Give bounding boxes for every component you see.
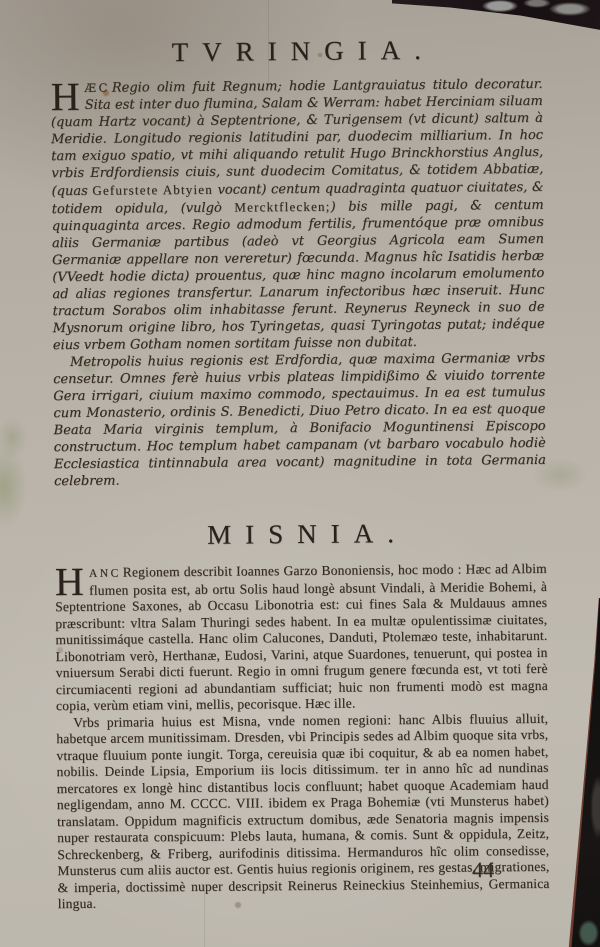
- paragraph-text: Regio olim fuit Regnum; hodie Lantgrauia…: [51, 77, 545, 353]
- section-title-misnia: MISNIA.: [54, 517, 546, 552]
- paragraph: Metropolis huius regionis est Erdfordia,…: [53, 350, 546, 490]
- book-page-paper: TVRINGIA. HÆCRegio olim fuit Regnum; hod…: [0, 0, 600, 947]
- printed-text-block: TVRINGIA. HÆCRegio olim fuit Regnum; hod…: [50, 34, 550, 913]
- lead-caps: ÆC: [84, 81, 111, 95]
- page-number: 44: [472, 857, 494, 883]
- paragraph: HÆCRegio olim fuit Regnum; hodie Lantgra…: [51, 76, 545, 354]
- lead-caps: ANC: [89, 568, 123, 580]
- paragraph: HANCRegionem describit Ioannes Garzo Bon…: [55, 561, 548, 715]
- section-misnia: MISNIA. HANCRegionem describit Ioannes G…: [54, 517, 549, 913]
- section-turingia: TVRINGIA. HÆCRegio olim fuit Regnum; hod…: [50, 34, 546, 490]
- drop-cap: H: [55, 565, 89, 597]
- drop-cap: H: [51, 80, 85, 112]
- paragraph-text: Regionem describit Ioannes Garzo Bononie…: [55, 561, 548, 713]
- section-title-turingia: TVRINGIA.: [50, 34, 542, 69]
